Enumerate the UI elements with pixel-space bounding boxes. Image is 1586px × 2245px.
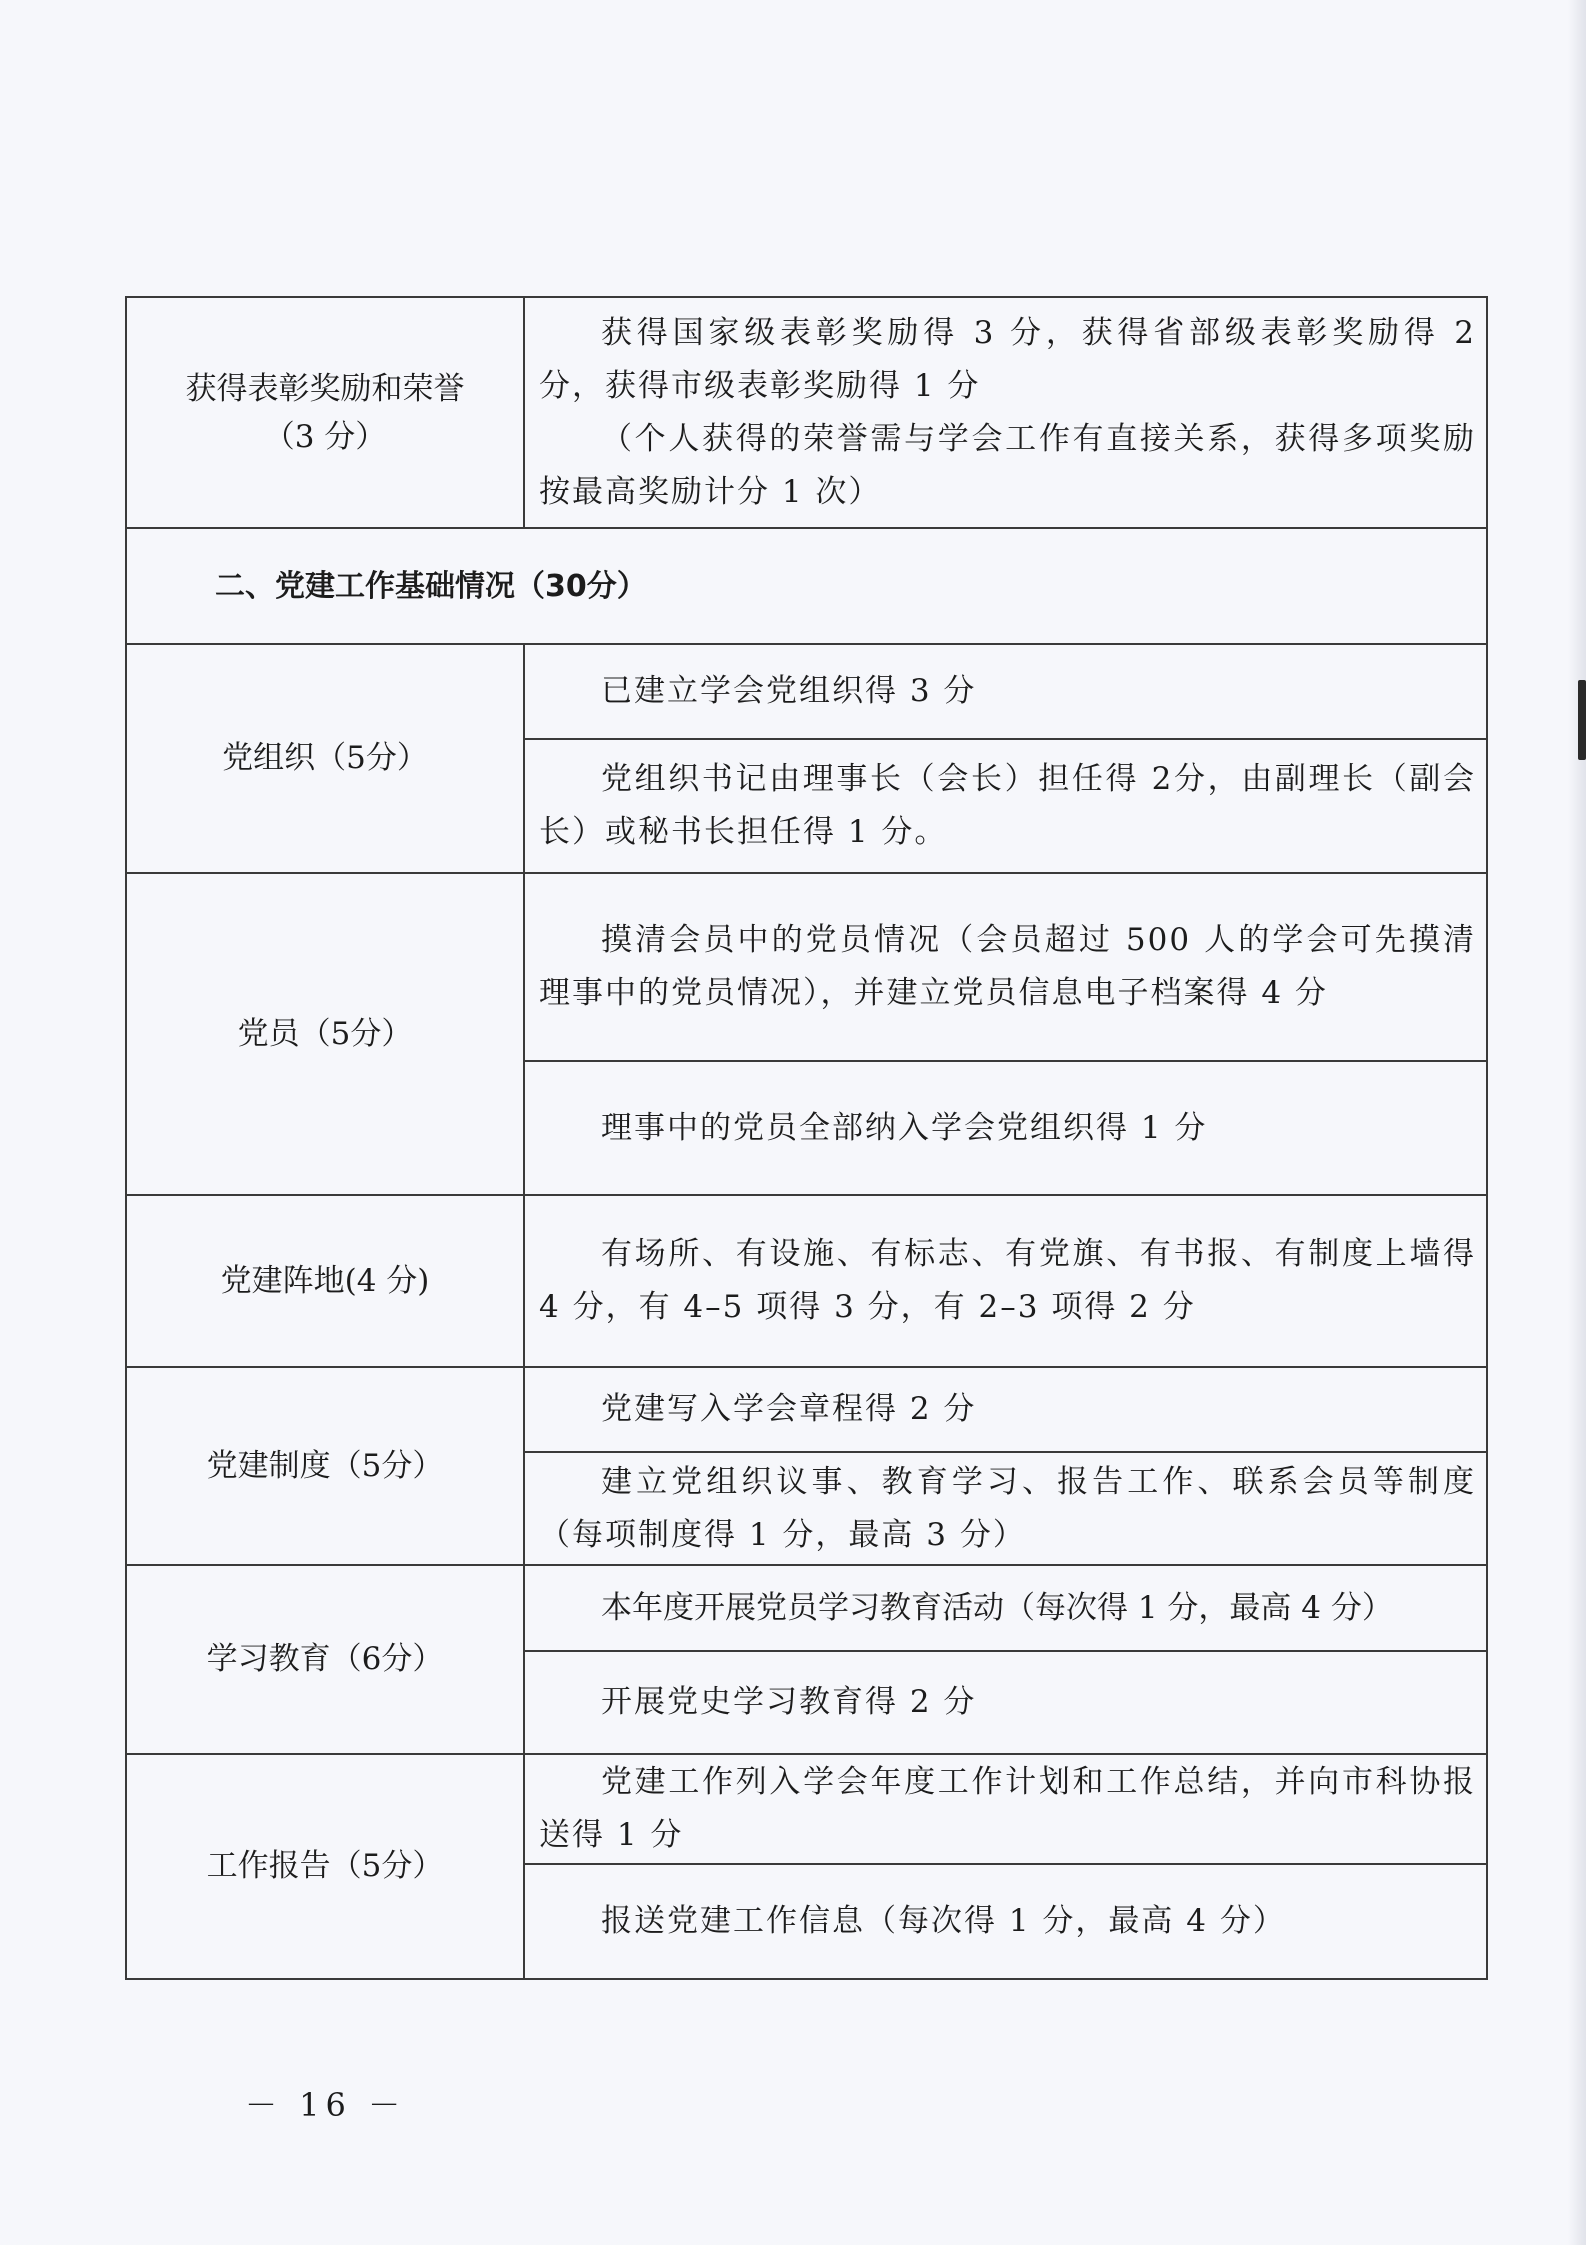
criteria-cell: 已建立学会党组织得 3 分 <box>524 644 1487 739</box>
criteria-text: 党组织书记由理事长（会长）担任得 2分，由副理长（副会长）或秘书长担任得 1 分… <box>539 753 1476 859</box>
section-title: 二、党建工作基础情况（30分） <box>126 528 1487 644</box>
row-label: 获得表彰奖励和荣誉 （3 分） <box>126 297 524 528</box>
table-row: 工作报告（5分） 党建工作列入学会年度工作计划和工作总结，并向市科协报送得 1 … <box>126 1754 1487 1864</box>
criteria-cell: 开展党史学习教育得 2 分 <box>524 1651 1487 1754</box>
criteria-text: 党建写入学会章程得 2 分 <box>539 1383 1476 1436</box>
table-row: 学习教育（6分） 本年度开展党员学习教育活动（每次得 1 分，最高 4 分） <box>126 1565 1487 1651</box>
row-label: 学习教育（6分） <box>126 1565 524 1754</box>
row-label: 党组织（5分） <box>126 644 524 873</box>
criteria-text: 党建工作列入学会年度工作计划和工作总结，并向市科协报送得 1 分 <box>539 1756 1476 1862</box>
page-number: － 16 － <box>245 2080 406 2126</box>
table-row-awards: 获得表彰奖励和荣誉 （3 分） 获得国家级表彰奖励得 3 分，获得省部级表彰奖励… <box>126 297 1487 528</box>
criteria-text: 报送党建工作信息（每次得 1 分，最高 4 分） <box>539 1895 1476 1948</box>
row-label: 党员（5分） <box>126 873 524 1195</box>
criteria-cell: 党建工作列入学会年度工作计划和工作总结，并向市科协报送得 1 分 <box>524 1754 1487 1864</box>
table-row: 党建阵地(4 分) 有场所、有设施、有标志、有党旗、有书报、有制度上墙得 4 分… <box>126 1195 1487 1367</box>
row-label-line2: （3 分） <box>127 413 523 461</box>
row-label: 党建制度（5分） <box>126 1367 524 1565</box>
criteria-text: 摸清会员中的党员情况（会员超过 500 人的学会可先摸清理事中的党员情况），并建… <box>539 914 1476 1020</box>
table-row: 党建制度（5分） 党建写入学会章程得 2 分 <box>126 1367 1487 1452</box>
criteria-text: 已建立学会党组织得 3 分 <box>539 665 1476 718</box>
criteria-cell: 理事中的党员全部纳入学会党组织得 1 分 <box>524 1061 1487 1195</box>
section-header-row: 二、党建工作基础情况（30分） <box>126 528 1487 644</box>
criteria-cell: 党组织书记由理事长（会长）担任得 2分，由副理长（副会长）或秘书长担任得 1 分… <box>524 739 1487 873</box>
criteria-cell: 获得国家级表彰奖励得 3 分，获得省部级表彰奖励得 2 分，获得市级表彰奖励得 … <box>524 297 1487 528</box>
criteria-text: 本年度开展党员学习教育活动（每次得 1 分，最高 4 分） <box>539 1582 1476 1635</box>
row-label: 工作报告（5分） <box>126 1754 524 1979</box>
table-row: 党员（5分） 摸清会员中的党员情况（会员超过 500 人的学会可先摸清理事中的党… <box>126 873 1487 1061</box>
criteria-cell: 建立党组织议事、教育学习、报告工作、联系会员等制度（每项制度得 1 分，最高 3… <box>524 1452 1487 1565</box>
criteria-cell: 报送党建工作信息（每次得 1 分，最高 4 分） <box>524 1864 1487 1979</box>
scan-artifact <box>1578 680 1586 760</box>
row-label-line1: 获得表彰奖励和荣誉 <box>127 365 523 413</box>
row-label: 党建阵地(4 分) <box>126 1195 524 1367</box>
criteria-text: 建立党组织议事、教育学习、报告工作、联系会员等制度（每项制度得 1 分，最高 3… <box>539 1456 1476 1562</box>
criteria-note: （个人获得的荣誉需与学会工作有直接关系，获得多项奖励按最高奖励计分 1 次） <box>539 413 1476 519</box>
criteria-text: 有场所、有设施、有标志、有党旗、有书报、有制度上墙得 4 分，有 4–5 项得 … <box>539 1228 1476 1334</box>
criteria-cell: 党建写入学会章程得 2 分 <box>524 1367 1487 1452</box>
page-edge-shadow <box>1568 0 1586 2245</box>
criteria-cell: 有场所、有设施、有标志、有党旗、有书报、有制度上墙得 4 分，有 4–5 项得 … <box>524 1195 1487 1367</box>
criteria-cell: 本年度开展党员学习教育活动（每次得 1 分，最高 4 分） <box>524 1565 1487 1651</box>
criteria-text: 开展党史学习教育得 2 分 <box>539 1676 1476 1729</box>
criteria-cell: 摸清会员中的党员情况（会员超过 500 人的学会可先摸清理事中的党员情况），并建… <box>524 873 1487 1061</box>
criteria-text: 理事中的党员全部纳入学会党组织得 1 分 <box>539 1102 1476 1155</box>
scoring-table: 获得表彰奖励和荣誉 （3 分） 获得国家级表彰奖励得 3 分，获得省部级表彰奖励… <box>125 296 1488 1980</box>
criteria-text: 获得国家级表彰奖励得 3 分，获得省部级表彰奖励得 2 分，获得市级表彰奖励得 … <box>539 307 1476 413</box>
table-row: 党组织（5分） 已建立学会党组织得 3 分 <box>126 644 1487 739</box>
